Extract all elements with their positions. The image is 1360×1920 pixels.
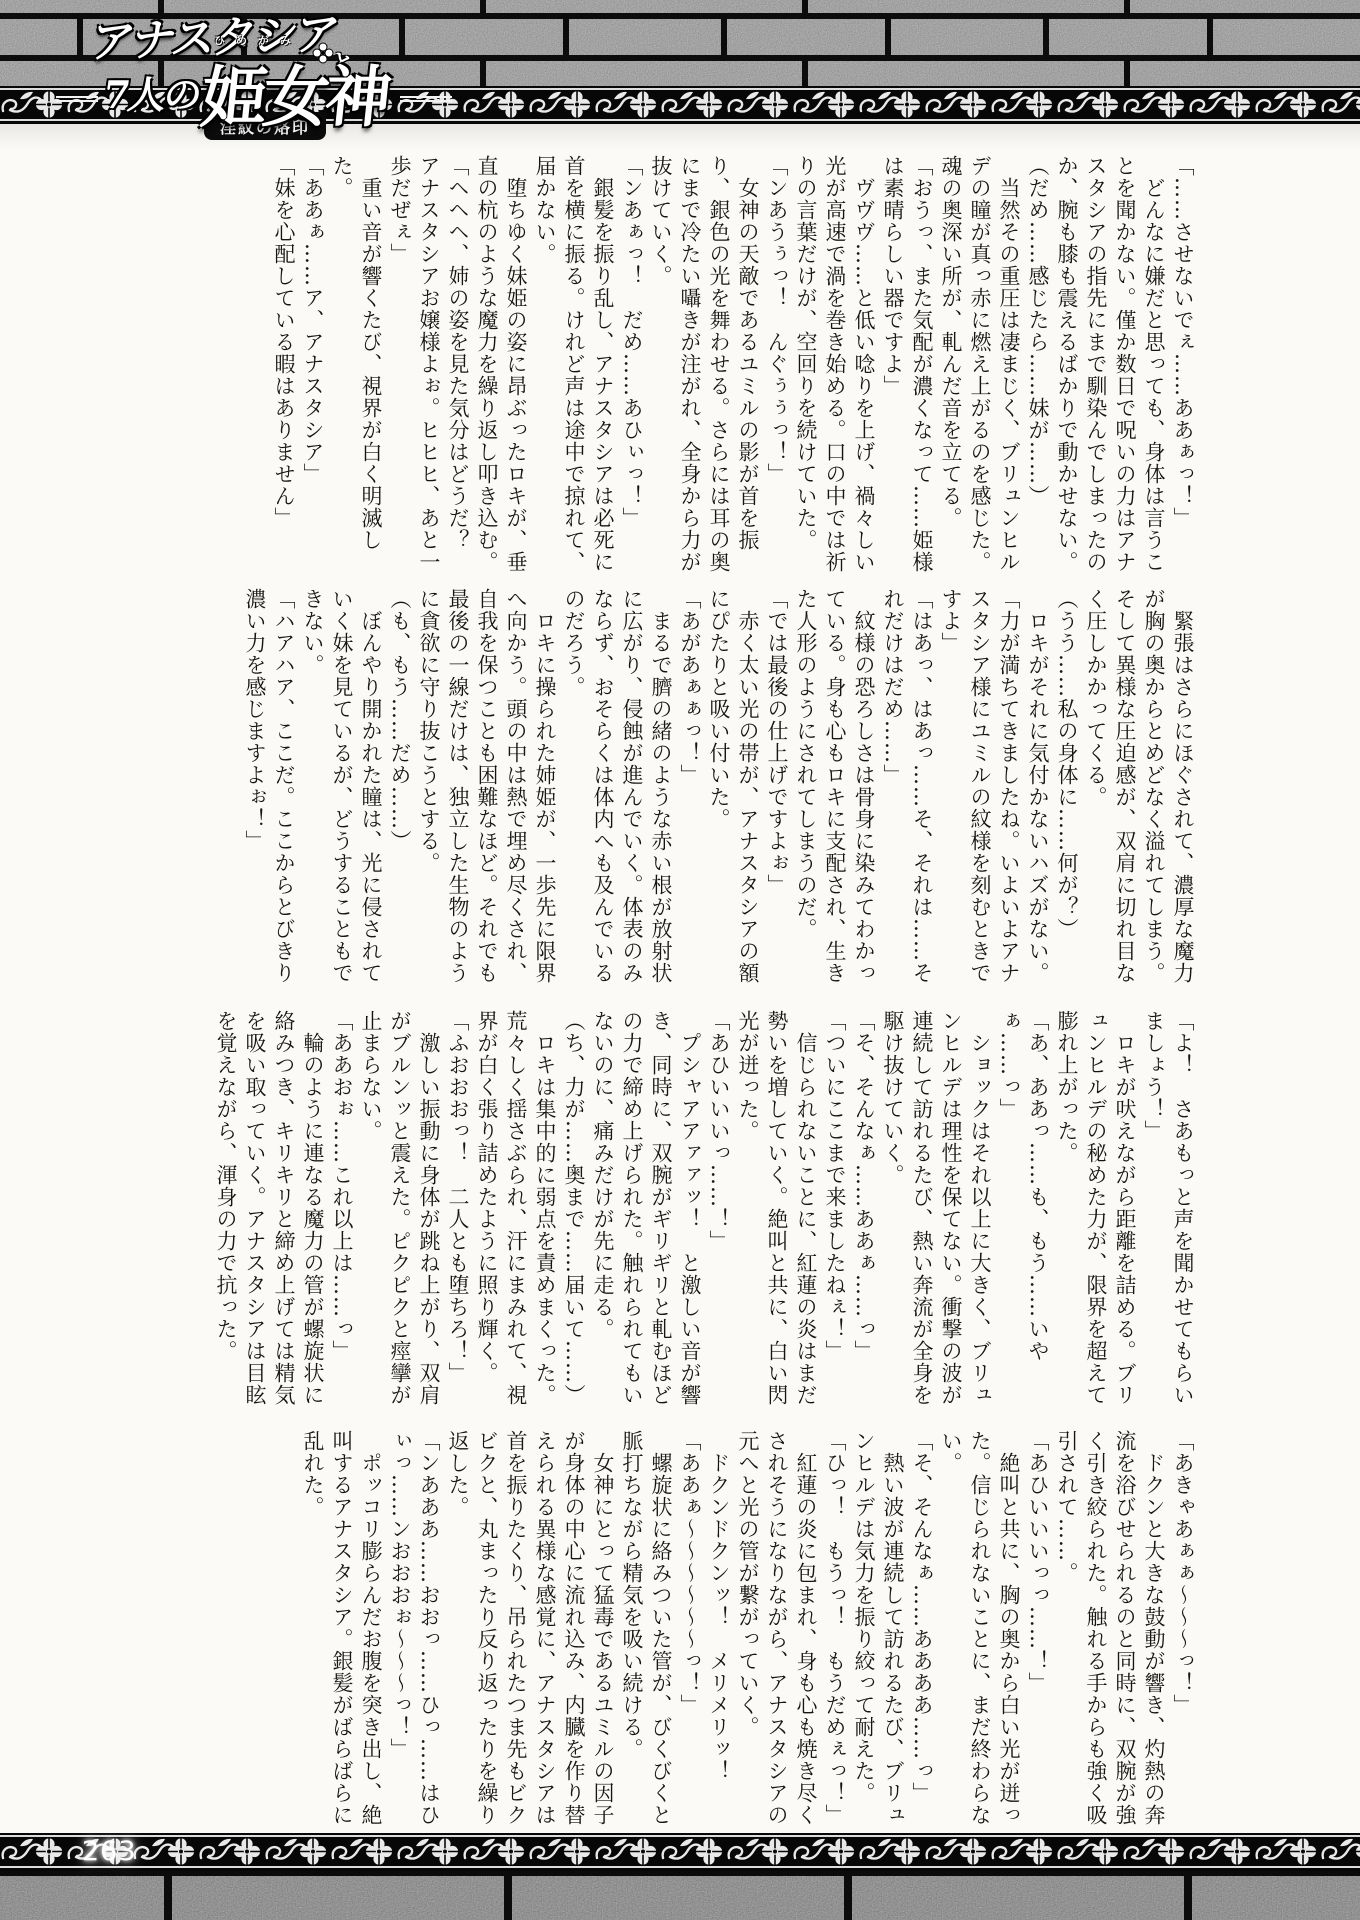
logo-count-prefix: 7人の — [100, 64, 204, 119]
scanned-novel-page: アナスタシア と ひめがみ 7人の 姫女神 淫紋の烙印 「……させないでぇ……あ… — [0, 0, 1360, 1920]
series-logo: アナスタシア と ひめがみ 7人の 姫女神 — [62, 2, 442, 142]
logo-dash-left — [56, 96, 98, 98]
page-number: 263 — [82, 1836, 137, 1867]
logo-dash-right — [400, 96, 452, 98]
text-band-4: 「あきゃあぁぁ～～～っ！」 ドクンと大きな鼓動が響き、灼熱の奔流を浴びせられるの… — [49, 1430, 1197, 1830]
text-band-3: 「よ！ さあもっと声を聞かせてもらいましょう！」 ロキが吠えながら距離を詰める。… — [49, 1010, 1197, 1418]
brick-texture-bottom — [0, 1870, 1360, 1920]
flower-vine-border-icon — [0, 1833, 1360, 1871]
logo-title-main: 姫女神 — [197, 44, 393, 139]
ornamental-border-bottom — [0, 1833, 1360, 1871]
text-band-2: 緊張はさらにほぐされて、濃厚な魔力が胸の奥からとめどなく溢れてしまう。そして異様… — [49, 588, 1197, 1002]
footer-brick-wall — [0, 1870, 1360, 1920]
text-band-1: 「……させないでぇ……ああぁっ！」 どんなに嫌だと思っても、身体は言うことを聞か… — [49, 155, 1197, 579]
